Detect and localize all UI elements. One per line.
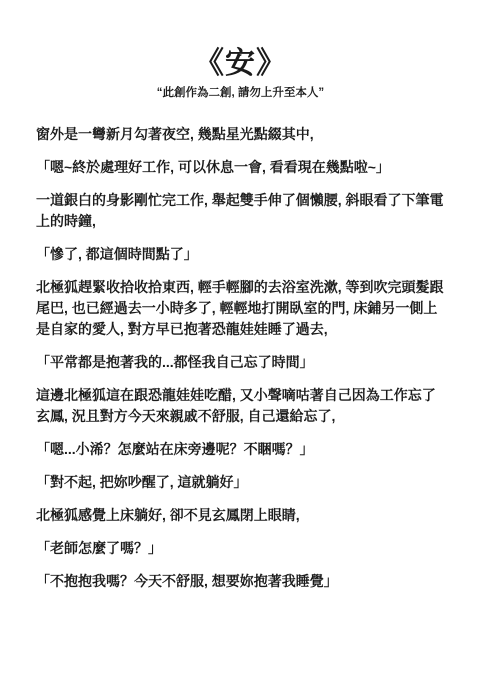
story-paragraph: 「嗯...小浠？怎麼站在床旁邊呢？不睏嗎？」 bbox=[36, 439, 445, 460]
story-paragraph: 「嗯~終於處理好工作, 可以休息一會, 看看現在幾點啦~」 bbox=[36, 157, 445, 178]
story-title: 《安》 bbox=[36, 46, 445, 82]
story-paragraph: 「平常都是抱著我的...都怪我自己忘了時間」 bbox=[36, 352, 445, 373]
story-paragraph: 一道銀白的身影剛忙完工作, 舉起雙手伸了個懶腰, 斜眼看了下筆電上的時鐘, bbox=[36, 190, 445, 232]
document-page: 《安》 “此創作為二創, 請勿上升至本人” 窗外是一彎新月勾著夜空, 幾點星光點… bbox=[0, 0, 481, 680]
story-paragraph: 「不抱抱我嗎？今天不舒服, 想要妳抱著我睡覺」 bbox=[36, 571, 445, 592]
story-disclaimer: “此創作為二創, 請勿上升至本人” bbox=[36, 86, 445, 101]
story-paragraph: 「對不起, 把妳吵醒了, 這就躺好」 bbox=[36, 472, 445, 493]
story-paragraph: 北極狐趕緊收拾收拾東西, 輕手輕腳的去浴室洗漱, 等到吹完頭髮跟尾巴, 也已經過… bbox=[36, 277, 445, 340]
story-paragraph: 窗外是一彎新月勾著夜空, 幾點星光點綴其中, bbox=[36, 124, 445, 145]
story-paragraph: 北極狐感覺上床躺好, 卻不見玄鳳閉上眼睛, bbox=[36, 505, 445, 526]
story-paragraph: 「慘了, 都這個時間點了」 bbox=[36, 244, 445, 265]
story-paragraph: 「老師怎麼了嗎？」 bbox=[36, 538, 445, 559]
story-paragraph: 這邊北極狐這在跟恐龍娃娃吃醋, 又小聲嘀咕著自己因為工作忘了玄鳳, 況且對方今天… bbox=[36, 385, 445, 427]
story-body: 窗外是一彎新月勾著夜空, 幾點星光點綴其中,「嗯~終於處理好工作, 可以休息一會… bbox=[36, 124, 445, 592]
